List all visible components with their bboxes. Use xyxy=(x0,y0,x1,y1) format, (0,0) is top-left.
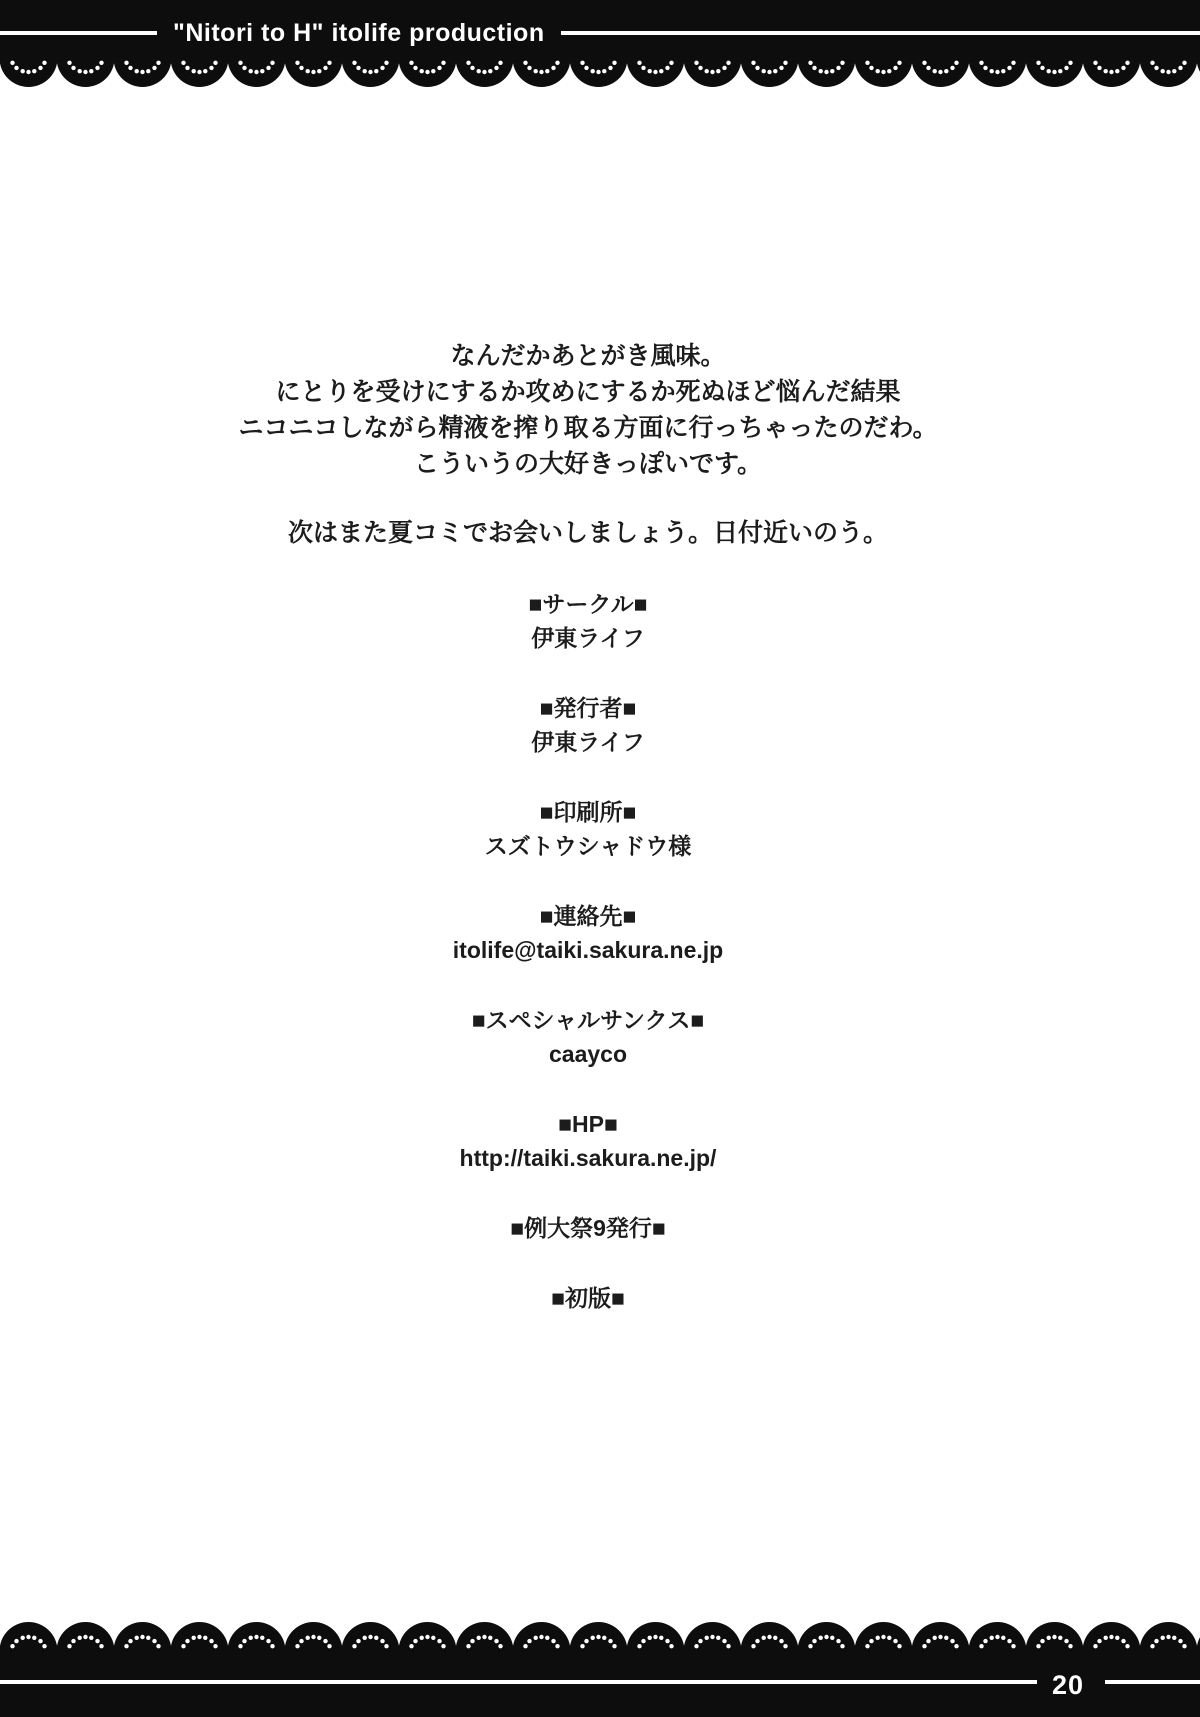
credit-value: 伊東ライフ xyxy=(0,621,1176,655)
afterword-line: こういうの大好きっぽいです。 xyxy=(0,446,1176,482)
credit-heading: ■サークル■ xyxy=(0,587,1176,621)
credit-value-url: http://taiki.sakura.ne.jp/ xyxy=(0,1141,1176,1175)
credit-heading: ■印刷所■ xyxy=(0,795,1176,829)
credit-value: スズトウシャドウ様 xyxy=(0,829,1176,863)
afterword-content: なんだかあとがき風味。 にとりを受けにするか攻めにするか死ぬほど悩んだ結果 ニコ… xyxy=(0,338,1176,1315)
header-title: "Nitori to H" itolife production xyxy=(157,20,561,46)
credit-heading: ■初版■ xyxy=(0,1281,1176,1315)
lace-top-border xyxy=(0,58,1200,92)
credit-value-email: itolife@taiki.sakura.ne.jp xyxy=(0,933,1176,967)
credit-heading: ■発行者■ xyxy=(0,691,1176,725)
page-number: 20 xyxy=(1038,1672,1098,1699)
credit-heading: ■例大祭9発行■ xyxy=(0,1211,1176,1245)
lace-bottom-border xyxy=(0,1622,1200,1717)
credit-heading: ■連絡先■ xyxy=(0,899,1176,933)
closing-line: 次はまた夏コミでお会いしましょう。日付近いのう。 xyxy=(0,515,1176,551)
credit-section-homepage: ■HP■ http://taiki.sakura.ne.jp/ xyxy=(0,1107,1176,1175)
credit-section-contact: ■連絡先■ itolife@taiki.sakura.ne.jp xyxy=(0,899,1176,967)
credit-section-special-thanks: ■スペシャルサンクス■ caayco xyxy=(0,1003,1176,1071)
credit-section-circle: ■サークル■ 伊東ライフ xyxy=(0,587,1176,655)
credit-value: caayco xyxy=(0,1037,1176,1071)
credit-section-publisher: ■発行者■ 伊東ライフ xyxy=(0,691,1176,759)
credit-heading: ■HP■ xyxy=(0,1107,1176,1141)
afterword-line: にとりを受けにするか攻めにするか死ぬほど悩んだ結果 xyxy=(0,374,1176,410)
credit-section-edition: ■初版■ xyxy=(0,1281,1176,1315)
footer-rule-left xyxy=(0,1680,1037,1684)
credit-heading: ■スペシャルサンクス■ xyxy=(0,1003,1176,1037)
credit-section-printer: ■印刷所■ スズトウシャドウ様 xyxy=(0,795,1176,863)
page: "Nitori to H" itolife production なんだかあとが… xyxy=(0,0,1200,1717)
credit-value: 伊東ライフ xyxy=(0,725,1176,759)
afterword-line: ニコニコしながら精液を搾り取る方面に行っちゃったのだわ。 xyxy=(0,410,1176,446)
afterword-line: なんだかあとがき風味。 xyxy=(0,338,1176,374)
credit-section-event: ■例大祭9発行■ xyxy=(0,1211,1176,1245)
header-band: "Nitori to H" itolife production xyxy=(0,0,1200,58)
footer-rule-right xyxy=(1105,1680,1200,1684)
